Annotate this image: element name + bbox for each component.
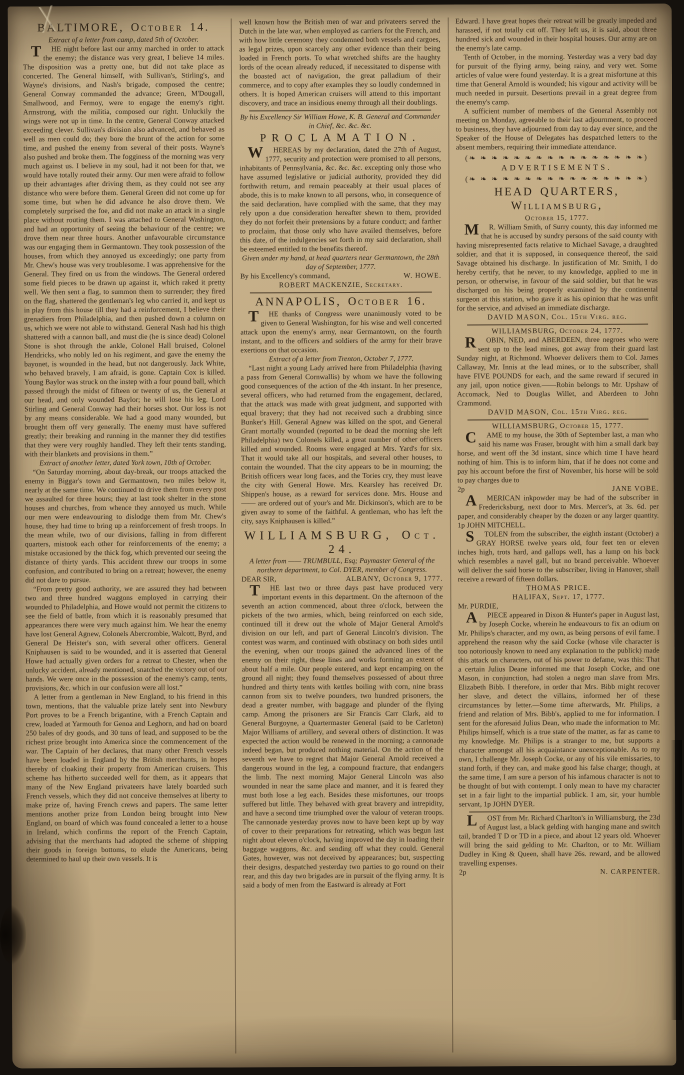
spread-right: W. HOWE. xyxy=(404,272,442,281)
spread-left: By his Excellency's command, xyxy=(240,272,330,281)
body-paragraph: THE night before last our army marched i… xyxy=(23,45,226,460)
drop-cap: S xyxy=(458,530,477,544)
body-paragraph: CAME to my house, the 30th of September … xyxy=(457,431,659,486)
body-paragraph: STOLEN from the subscriber, the eighth i… xyxy=(458,530,660,585)
body-paragraph: WHEREAS by my declaration, dated the 27t… xyxy=(240,146,442,255)
fleuron-ornament-row: (❧ ❧ ❧ ❧ ❧ ❧ ❧ ❧ ❧ ❧ ❧ ❧ ❧ ❧ ❧ ❧) xyxy=(456,153,657,163)
divider-rule xyxy=(250,292,431,294)
drop-cap: M xyxy=(456,223,481,237)
paragraph-text: OBIN, NED, and ABERDEEN, three negroes w… xyxy=(457,336,659,408)
fleuron-ornament-row: (❧ ❧ ❧ ❧ ❧ ❧ ❧ ❧ ❧ ❧ ❧ ❧ ❧ ❧ ❧ ❧) xyxy=(456,174,657,184)
newspaper-column-2: well known how the British men of war an… xyxy=(231,18,452,1054)
paragraph-text: TOLEN from the subscriber, the eighth in… xyxy=(458,530,659,584)
spread-right: N. CARPENTER. xyxy=(600,868,660,877)
body-paragraph: LOST from Mr. Richard Charlton's in Will… xyxy=(459,814,661,869)
body-paragraph: A sufficient number of members of the Ge… xyxy=(456,107,658,153)
paragraph-text: HE thanks of Congress were unanimously v… xyxy=(240,310,441,355)
body-paragraph: Tenth of October, in the morning. Yester… xyxy=(456,53,658,108)
drop-cap: A xyxy=(457,494,478,508)
drop-cap: C xyxy=(457,431,478,445)
spread-right: ALBANY, October 9, 1777. xyxy=(346,575,443,584)
paragraph-text: HE last two or three days past have prod… xyxy=(242,584,445,890)
drop-cap: T xyxy=(242,584,262,598)
italic-subheading: Given under my hand, at head quarters ne… xyxy=(240,254,441,273)
section-heading: WILLIAMSBURG, Oct. 24. xyxy=(241,528,442,557)
scan-edge-shadow xyxy=(668,740,682,1020)
spread-left: 2p xyxy=(457,485,464,494)
divider-rule xyxy=(469,811,650,813)
body-paragraph: “From pretty good authority, we are assu… xyxy=(25,585,227,694)
spread-right: JANE VOBE. xyxy=(612,485,659,494)
body-paragraph: Edward. I have great hopes their retreat… xyxy=(455,17,656,54)
paragraph-text: R. William Smith, of Surry county, this … xyxy=(456,223,658,313)
drop-cap: T xyxy=(240,310,260,324)
body-paragraph: well known how the British men of war an… xyxy=(239,18,441,109)
newspaper-page: BALTIMORE, October 14.Extract of a lette… xyxy=(8,4,677,1069)
drop-cap: R xyxy=(457,336,478,350)
spread-line: By his Excellency's command,W. HOWE. xyxy=(240,272,441,282)
drop-cap: A xyxy=(458,611,479,625)
paragraph-text: OST from Mr. Richard Charlton's in Willi… xyxy=(459,814,660,868)
paragraph-text: HE night before last our army marched in… xyxy=(23,45,226,459)
divider-rule xyxy=(249,110,430,112)
display-caps-line: ADVERTISEMENTS. xyxy=(456,163,657,174)
ink-stain xyxy=(0,905,26,965)
divider-rule xyxy=(467,419,648,421)
pen-mark xyxy=(26,3,69,34)
drop-cap: L xyxy=(459,814,479,828)
signature-line: DAVID MASON, Col. 15th Virg. reg. xyxy=(457,408,658,418)
body-paragraph: ROBIN, NED, and ABERDEEN, three negroes … xyxy=(457,336,659,409)
divider-rule xyxy=(467,324,648,326)
italic-subheading: By his Excellency Sir William Howe, K. B… xyxy=(239,113,440,132)
columns-container: BALTIMORE, October 14.Extract of a lette… xyxy=(16,17,669,1055)
body-paragraph: AMERICAN inkpowder may be had of the sub… xyxy=(457,494,658,531)
body-paragraph: THE last two or three days past have pro… xyxy=(242,584,445,891)
paragraph-text: MERICAN inkpowder may be had of the subs… xyxy=(458,494,659,530)
spread-left: DEAR SIR, xyxy=(241,575,276,584)
display-caps-line: PROCLAMATION. xyxy=(240,132,441,146)
newspaper-column-1: BALTIMORE, October 14.Extract of a lette… xyxy=(16,18,236,1054)
body-paragraph: A PIECE appeared in Dixon & Hunter's pap… xyxy=(458,611,660,810)
paragraph-text: HEREAS by my declaration, dated the 27th… xyxy=(240,146,442,254)
section-heading: ANNAPOLIS, October 16. xyxy=(240,295,441,310)
paragraph-text: PIECE appeared in Dixon & Hunter's paper… xyxy=(458,611,660,809)
newspaper-column-3: Edward. I have great hopes their retreat… xyxy=(447,17,668,1053)
paragraph-text: AME to my house, the 30th of September l… xyxy=(457,431,658,485)
centered-line: ROBERT MACKENZIE, Secretary. xyxy=(240,281,441,291)
body-paragraph: “On Saturday morning, about day-break, o… xyxy=(25,468,227,586)
scan-background: { "document": { "kind": "colonial-newspa… xyxy=(0,0,684,1075)
drop-cap: T xyxy=(23,45,43,59)
section-heading: HEAD QUARTERS, Williamsburg, xyxy=(456,185,657,214)
body-paragraph: A letter from a gentleman in New England… xyxy=(26,693,228,865)
spread-left: 2p xyxy=(459,868,466,877)
spread-left: Mr. PURDIE, xyxy=(458,602,498,611)
signature-line: DAVID MASON, Col. 15th Virg. reg. xyxy=(457,313,658,323)
italic-subheading: A letter from —— TRUMBULL, Esq; Paymaste… xyxy=(241,557,442,576)
body-paragraph: MR. William Smith, of Surry county, this… xyxy=(456,223,658,314)
spread-line: 2pN. CARPENTER. xyxy=(459,868,660,878)
body-paragraph: “Last night a young Lady arrived here fr… xyxy=(241,364,443,527)
drop-cap: W xyxy=(240,146,266,160)
body-paragraph: THE thanks of Congress were unanimously … xyxy=(240,310,442,356)
